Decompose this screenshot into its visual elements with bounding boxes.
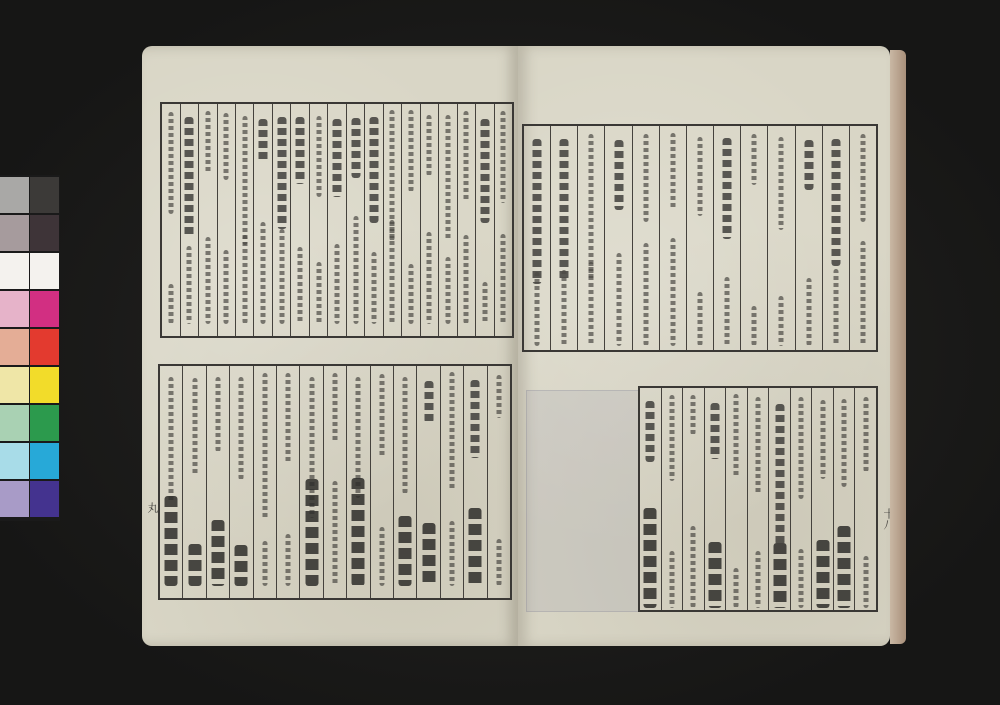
left-lower-text-block [158, 364, 512, 600]
handwritten-text [560, 139, 569, 281]
text-column [811, 388, 833, 610]
handwritten-text [332, 373, 337, 444]
handwritten-text [215, 377, 220, 452]
handwritten-text [820, 400, 825, 480]
handwritten-text [723, 138, 732, 238]
color-swatch [0, 481, 29, 517]
text-column [704, 388, 726, 610]
color-swatch [30, 215, 59, 251]
handwritten-text [422, 523, 435, 586]
text-column [795, 126, 822, 350]
text-column [438, 104, 456, 336]
handwritten-text [187, 246, 192, 324]
text-column [276, 366, 299, 598]
text-column [494, 104, 512, 336]
handwritten-text [755, 397, 760, 494]
handwritten-text [643, 243, 648, 346]
text-column [640, 388, 661, 610]
handwritten-text [379, 527, 384, 586]
text-column [767, 126, 794, 350]
text-column [854, 388, 876, 610]
handwritten-text [501, 111, 506, 203]
handwritten-text [734, 394, 739, 478]
handwritten-text [185, 117, 194, 238]
text-column [550, 126, 577, 350]
text-column [198, 104, 216, 336]
handwritten-text [562, 270, 567, 346]
handwritten-text [616, 253, 621, 346]
text-column [323, 366, 346, 598]
handwritten-text [697, 137, 702, 216]
color-swatch [30, 367, 59, 403]
handwritten-text [242, 235, 247, 324]
color-swatch [30, 291, 59, 327]
handwritten-text [188, 544, 201, 586]
handwritten-text [646, 401, 655, 463]
text-column [747, 388, 769, 610]
handwritten-text [445, 257, 450, 324]
color-swatch [0, 215, 29, 251]
handwritten-text [353, 216, 358, 324]
handwritten-text [335, 244, 340, 324]
handwritten-text [799, 549, 804, 608]
handwritten-text [710, 403, 719, 459]
text-column [383, 104, 401, 336]
text-column [740, 126, 767, 350]
color-calibration-strip [0, 175, 60, 521]
text-column [713, 126, 740, 350]
handwritten-text [427, 115, 432, 177]
book-fore-edge [890, 50, 906, 644]
handwritten-text [643, 134, 648, 222]
text-column [180, 104, 198, 336]
handwritten-text [211, 520, 224, 586]
handwritten-text [838, 526, 851, 608]
handwritten-text [775, 404, 784, 545]
text-column [768, 388, 790, 610]
handwritten-text [242, 116, 247, 245]
handwritten-text [390, 220, 395, 324]
handwritten-text [449, 521, 454, 586]
handwritten-text [305, 479, 318, 586]
text-column [833, 388, 855, 610]
handwritten-text [168, 284, 173, 324]
color-swatch [0, 177, 29, 213]
handwritten-text [351, 118, 360, 178]
handwritten-text [352, 478, 365, 586]
handwritten-text [669, 551, 674, 608]
handwritten-text [261, 222, 266, 324]
text-column [235, 104, 253, 336]
handwritten-text [379, 374, 384, 457]
handwritten-text [371, 252, 376, 324]
handwritten-text [403, 377, 408, 493]
open-book: 丸 十八 [142, 46, 906, 646]
handwritten-text [316, 262, 321, 324]
text-column [686, 126, 713, 350]
handwritten-text [333, 119, 342, 197]
handwritten-text [296, 117, 305, 185]
handwritten-text [277, 117, 286, 230]
handwritten-text [773, 543, 786, 608]
text-column [160, 366, 182, 598]
text-column [162, 104, 179, 336]
text-column [463, 366, 486, 598]
color-swatch [0, 253, 29, 289]
text-column [682, 388, 704, 610]
color-swatch [30, 329, 59, 365]
text-column [420, 104, 438, 336]
text-column [401, 104, 419, 336]
handwritten-text [235, 545, 248, 586]
handwritten-text [806, 278, 811, 346]
handwritten-text [469, 508, 482, 586]
handwritten-text [501, 234, 506, 324]
handwritten-text [496, 375, 501, 417]
handwritten-text [860, 241, 865, 346]
text-column [364, 104, 382, 336]
handwritten-text [262, 373, 267, 520]
handwritten-text [192, 378, 197, 476]
handwritten-text [614, 140, 623, 211]
color-swatch [30, 253, 59, 289]
handwritten-text [239, 377, 244, 480]
handwritten-text [464, 111, 469, 202]
handwritten-text [427, 232, 432, 324]
handwritten-text [286, 373, 291, 464]
color-swatch [0, 367, 29, 403]
color-swatch [0, 443, 29, 479]
handwritten-text [816, 540, 829, 608]
text-column [416, 366, 439, 598]
left-margin-mark: 丸 [144, 502, 160, 513]
handwritten-text [842, 399, 847, 488]
text-column [370, 366, 393, 598]
handwritten-text [482, 282, 487, 324]
text-column [524, 126, 550, 350]
handwritten-text [279, 229, 284, 324]
text-column [440, 366, 463, 598]
handwritten-text [669, 395, 674, 481]
handwritten-text [471, 380, 480, 458]
color-swatch [0, 405, 29, 441]
text-column [661, 388, 683, 610]
handwritten-text [691, 395, 696, 435]
handwritten-text [262, 541, 267, 586]
handwritten-text [755, 551, 760, 608]
handwritten-text [644, 508, 657, 608]
text-column [475, 104, 493, 336]
handwritten-text [691, 526, 696, 608]
color-swatch [30, 177, 59, 213]
handwritten-text [860, 134, 865, 222]
handwritten-text [799, 397, 804, 499]
text-column [346, 366, 369, 598]
text-column [604, 126, 631, 350]
handwritten-text [496, 539, 501, 586]
text-column [632, 126, 659, 350]
text-column [272, 104, 290, 336]
handwritten-text [779, 296, 784, 346]
handwritten-text [168, 112, 173, 214]
left-upper-text-block [160, 102, 514, 338]
handwritten-text [535, 272, 540, 346]
handwritten-text [399, 516, 412, 586]
handwritten-text [408, 110, 413, 192]
handwritten-text [831, 139, 840, 266]
text-column [393, 366, 416, 598]
handwritten-text [708, 542, 721, 608]
handwritten-text [804, 140, 813, 190]
handwritten-text [752, 306, 757, 346]
handwritten-text [752, 134, 757, 185]
handwritten-text [205, 237, 210, 324]
handwritten-text [169, 377, 174, 504]
handwritten-text [286, 534, 291, 586]
handwritten-text [224, 113, 229, 180]
handwritten-text [445, 115, 450, 241]
text-column [327, 104, 345, 336]
handwritten-text [833, 269, 838, 346]
right-page: 十八 [518, 46, 890, 646]
handwritten-text [670, 238, 675, 346]
handwritten-text [424, 381, 433, 423]
handwritten-text [165, 496, 178, 586]
right-lower-text-block [638, 386, 878, 612]
color-swatch [0, 291, 29, 327]
color-swatch [30, 481, 59, 517]
handwritten-text [259, 119, 268, 163]
text-column [217, 104, 235, 336]
right-upper-text-block [522, 124, 878, 352]
text-column [457, 104, 475, 336]
handwritten-text [533, 139, 542, 285]
text-column [253, 104, 271, 336]
handwritten-text [863, 397, 868, 472]
handwritten-text [863, 556, 868, 608]
handwritten-text [449, 372, 454, 491]
handwritten-text [332, 481, 337, 586]
text-column [849, 126, 876, 350]
handwritten-text [734, 568, 739, 608]
handwritten-text [464, 235, 469, 324]
text-column [206, 366, 229, 598]
text-column [309, 104, 327, 336]
text-column [790, 388, 812, 610]
left-page: 丸 [142, 46, 518, 646]
text-column [182, 366, 205, 598]
text-column [299, 366, 322, 598]
handwritten-text [725, 277, 730, 346]
bleed-through-illustration [526, 390, 640, 612]
handwritten-text [408, 264, 413, 324]
handwritten-text [697, 292, 702, 346]
color-swatch [30, 405, 59, 441]
handwritten-text [670, 133, 675, 209]
text-column [253, 366, 276, 598]
color-swatch [0, 329, 29, 365]
handwritten-text [480, 119, 489, 223]
text-column [229, 366, 252, 598]
handwritten-text [589, 262, 594, 346]
handwritten-text [298, 247, 303, 324]
handwritten-text [369, 117, 378, 223]
handwritten-text [316, 116, 321, 198]
text-column [487, 366, 510, 598]
text-column [822, 126, 849, 350]
handwritten-text [779, 137, 784, 230]
handwritten-text [205, 111, 210, 174]
handwritten-text [589, 134, 594, 281]
text-column [290, 104, 308, 336]
handwritten-text [224, 250, 229, 324]
color-swatch [30, 443, 59, 479]
text-column [659, 126, 686, 350]
text-column [346, 104, 364, 336]
text-column [725, 388, 747, 610]
text-column [577, 126, 604, 350]
